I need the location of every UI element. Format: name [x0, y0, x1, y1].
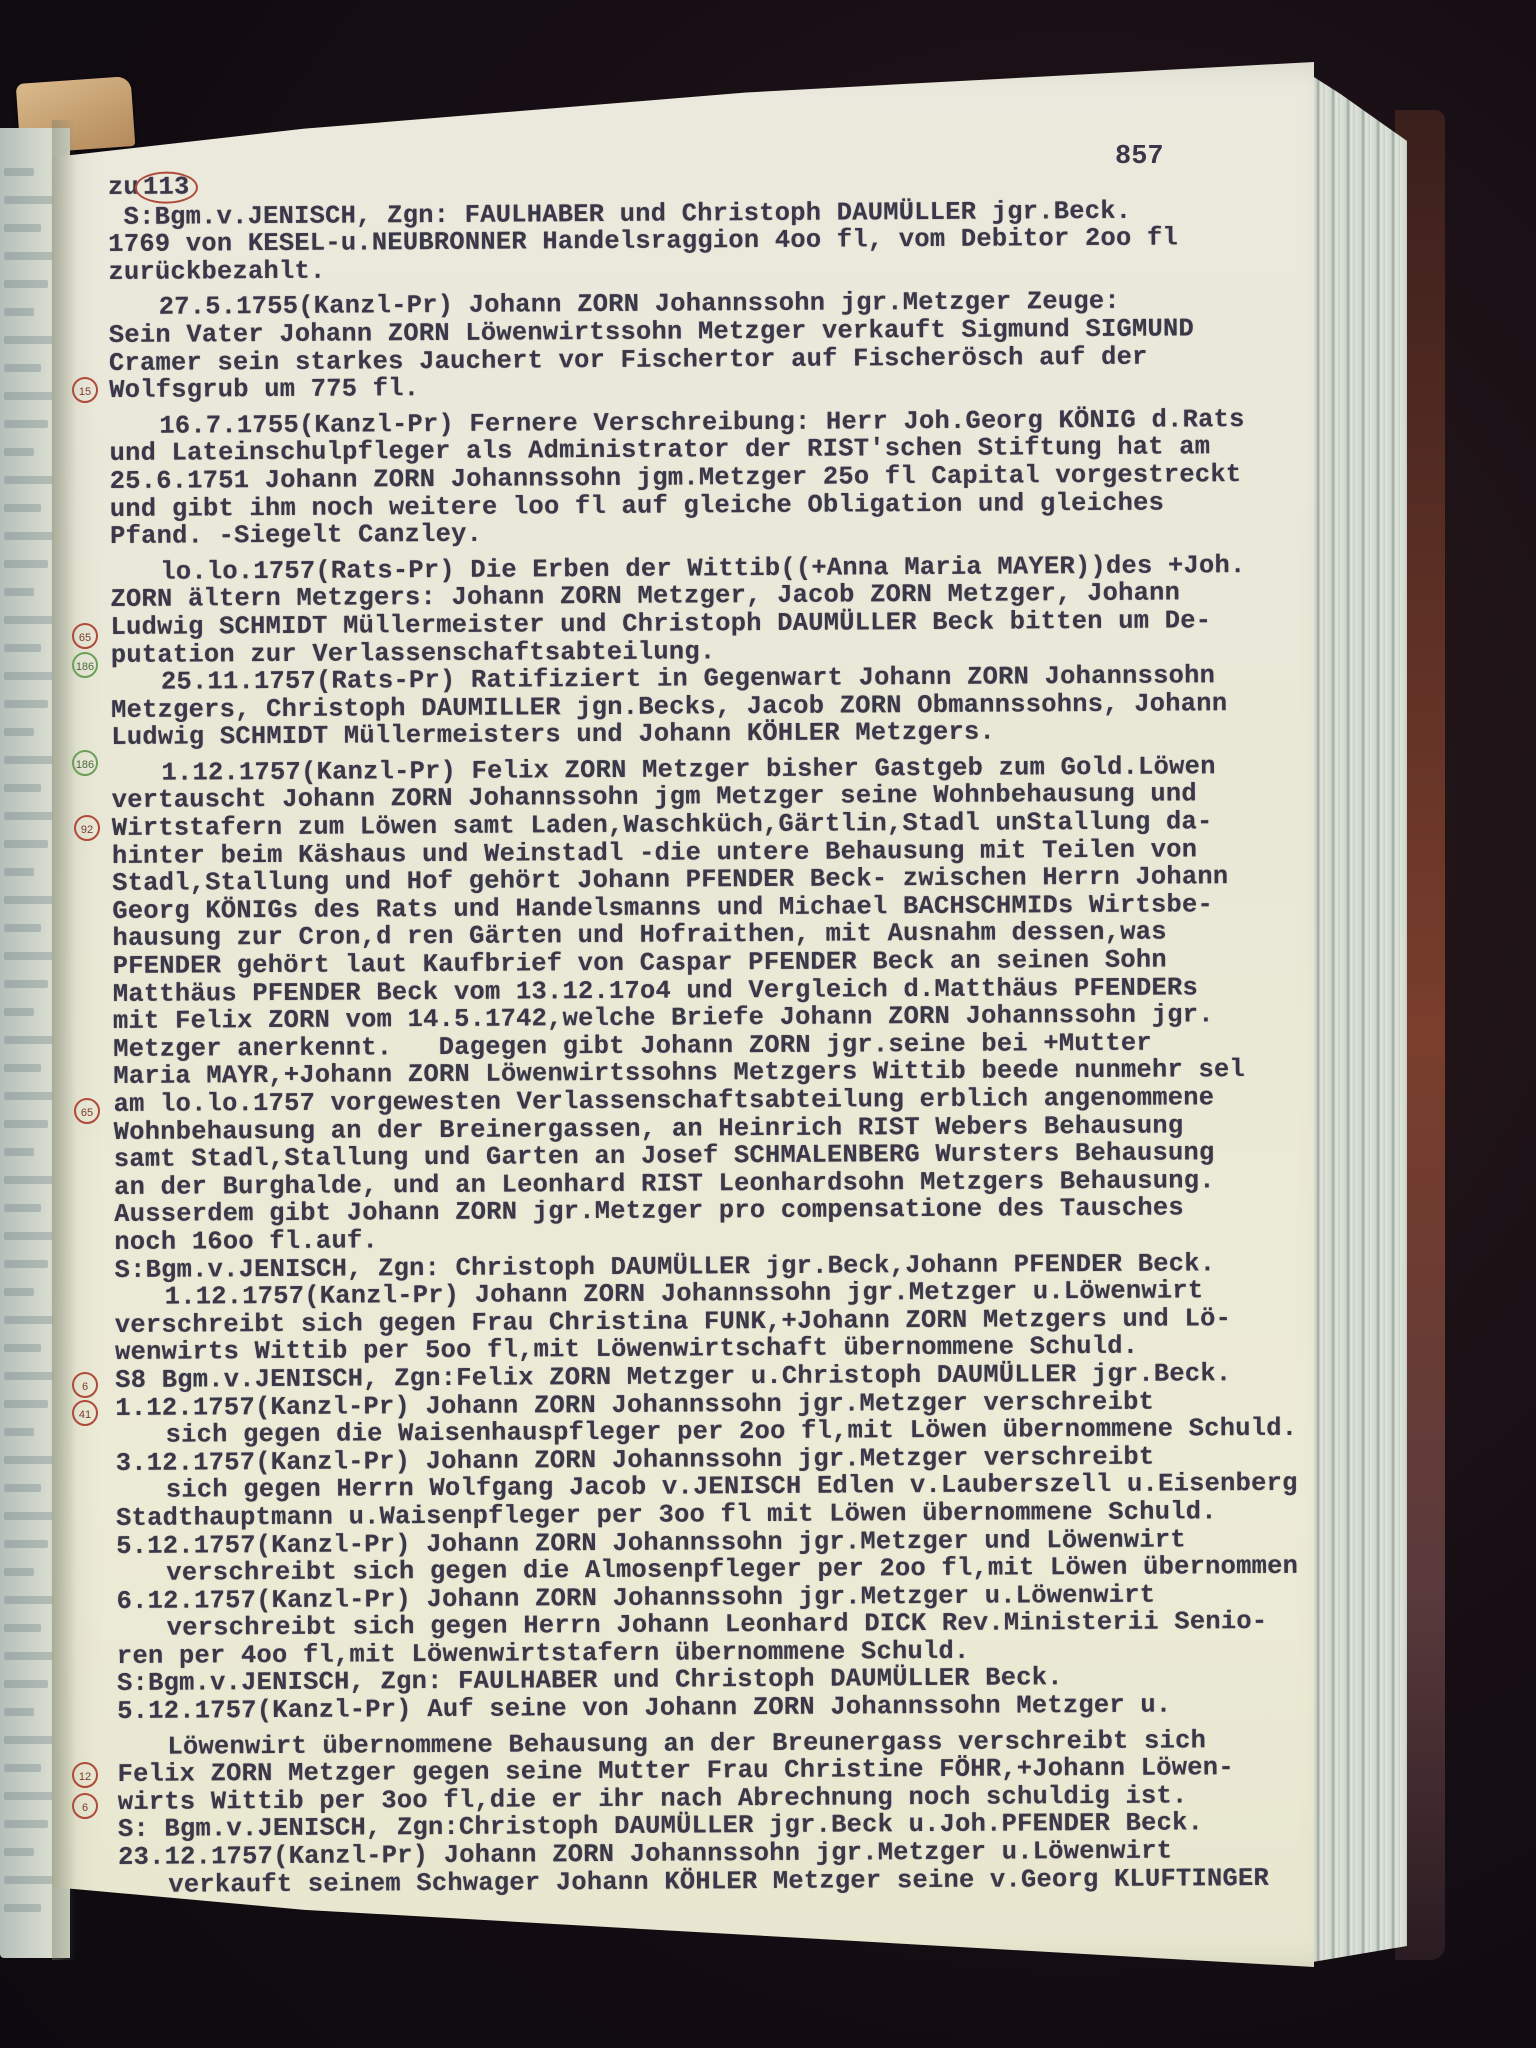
facing-page-text-ghost — [4, 840, 48, 848]
facing-page-text-ghost — [4, 924, 41, 932]
facing-page-text-ghost — [4, 336, 55, 344]
margin-annotation-circle: 41 — [72, 1400, 98, 1426]
facing-page-text-ghost — [4, 700, 48, 708]
facing-page-text-ghost — [4, 1176, 55, 1184]
facing-page-text-ghost — [4, 1708, 34, 1716]
typewritten-text: zu113 S:Bgm.v.JENISCH, Zgn: FAULHABER un… — [108, 193, 1318, 1900]
facing-page-text-ghost — [4, 168, 34, 176]
margin-annotation-circle: 186 — [72, 652, 98, 678]
facing-page-text-ghost — [4, 196, 55, 204]
facing-page-text-ghost — [4, 728, 34, 736]
facing-page-text-ghost — [4, 896, 55, 904]
facing-page-text-ghost — [4, 1316, 55, 1324]
facing-page-text-ghost — [4, 1848, 34, 1856]
facing-page-text-ghost — [4, 1876, 55, 1884]
margin-annotation-circle: 65 — [72, 623, 98, 649]
facing-page-text-ghost — [4, 476, 55, 484]
facing-page-text-ghost — [4, 1204, 41, 1212]
facing-page-text-ghost — [4, 1736, 55, 1744]
facing-page-text-ghost — [4, 504, 41, 512]
facing-page-text-ghost — [4, 448, 34, 456]
circled-reference-number: 113 — [135, 171, 198, 203]
facing-page-text-ghost — [4, 1820, 48, 1828]
facing-page-text-ghost — [4, 364, 41, 372]
margin-annotation-circle: 186 — [72, 750, 98, 776]
facing-page-text-ghost — [4, 560, 48, 568]
facing-page-text-ghost — [4, 1568, 34, 1576]
facing-page-text-ghost — [4, 1680, 48, 1688]
facing-page-text-ghost — [4, 1596, 55, 1604]
facing-page-text-ghost — [4, 1764, 41, 1772]
facing-page-text-ghost — [4, 1064, 41, 1072]
margin-annotation-circle: 6 — [72, 1793, 98, 1819]
facing-page-text-ghost — [4, 1428, 34, 1436]
facing-page-text-ghost — [4, 980, 48, 988]
margin-annotation-circle: 12 — [72, 1762, 98, 1788]
facing-page-text-ghost — [4, 1036, 55, 1044]
facing-page-text-ghost — [4, 1008, 34, 1016]
facing-page-text-ghost — [4, 1540, 48, 1548]
photo-scene: 857 zu113 S:Bgm.v.JENISCH, Zgn: FAULHABE… — [0, 0, 1536, 2048]
margin-annotation-circle: 92 — [74, 815, 100, 841]
facing-page-text-ghost — [4, 1260, 48, 1268]
facing-page-text-ghost — [4, 1904, 41, 1912]
facing-page-text-ghost — [4, 1120, 48, 1128]
facing-page-text-ghost — [4, 1484, 41, 1492]
facing-page-text-ghost — [4, 1148, 34, 1156]
gutter-shadow — [52, 120, 76, 1960]
facing-page-text-ghost — [4, 1456, 55, 1464]
margin-annotation-circle: 6 — [72, 1372, 98, 1398]
margin-annotation-circle: 65 — [74, 1098, 100, 1124]
facing-page-text-ghost — [4, 308, 34, 316]
reference-line: zu113 S:Bgm.v.JENISCH, Zgn: FAULHABER un… — [108, 165, 1308, 232]
facing-page-text-ghost — [4, 616, 55, 624]
facing-page-text-ghost — [4, 1400, 48, 1408]
facing-page-text-ghost — [4, 868, 34, 876]
facing-page-text-ghost — [4, 224, 41, 232]
facing-page-text-ghost — [4, 644, 41, 652]
facing-page-text-ghost — [4, 420, 48, 428]
facing-page-text-ghost — [4, 1288, 34, 1296]
facing-page-text-ghost — [4, 1344, 41, 1352]
facing-page-text-ghost — [4, 1624, 41, 1632]
facing-page-text-ghost — [4, 756, 55, 764]
margin-annotation-circle: 15 — [72, 377, 98, 403]
facing-page-text-ghost — [4, 280, 48, 288]
facing-page-text-ghost — [4, 588, 34, 596]
facing-page-text-ghost — [4, 784, 41, 792]
